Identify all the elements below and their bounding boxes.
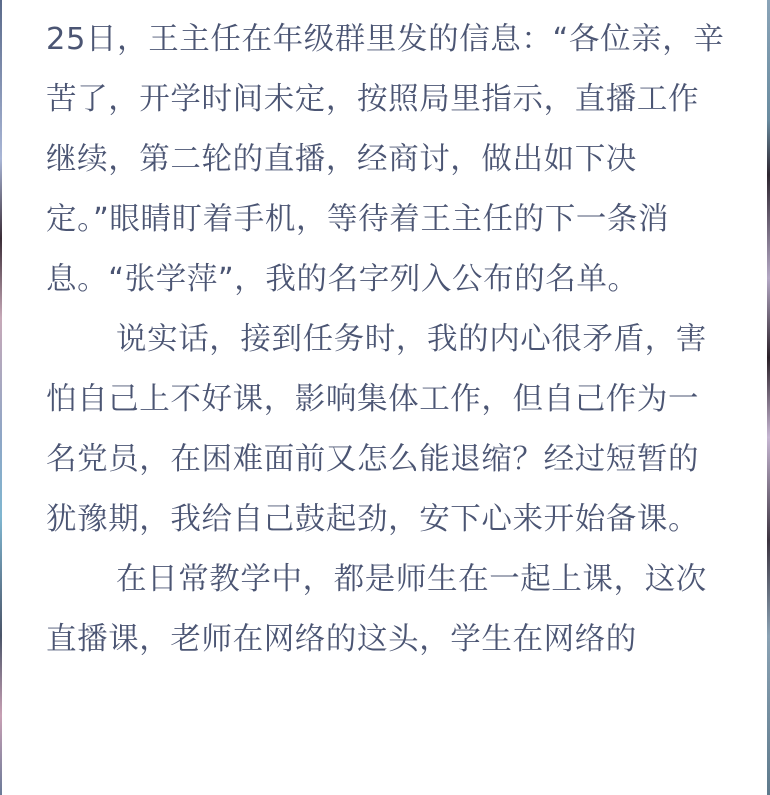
paragraph-inner-conflict: 说实话，接到任务时，我的内心很矛盾，害怕自己上不好课，影响集体工作，但自己作为一… — [46, 310, 726, 550]
paragraph-daily-teaching: 在日常教学中，都是师生在一起上课，这次直播课，老师在网络的这头，学生在网络的 — [46, 550, 726, 670]
paragraph-message-announcement: 25日，王主任在年级群里发的信息：“各位亲，辛苦了，开学时间未定，按照局里指示，… — [46, 10, 726, 310]
left-edge-image-strip — [0, 0, 2, 795]
article-body: 25日，王主任在年级群里发的信息：“各位亲，辛苦了，开学时间未定，按照局里指示，… — [46, 10, 726, 670]
